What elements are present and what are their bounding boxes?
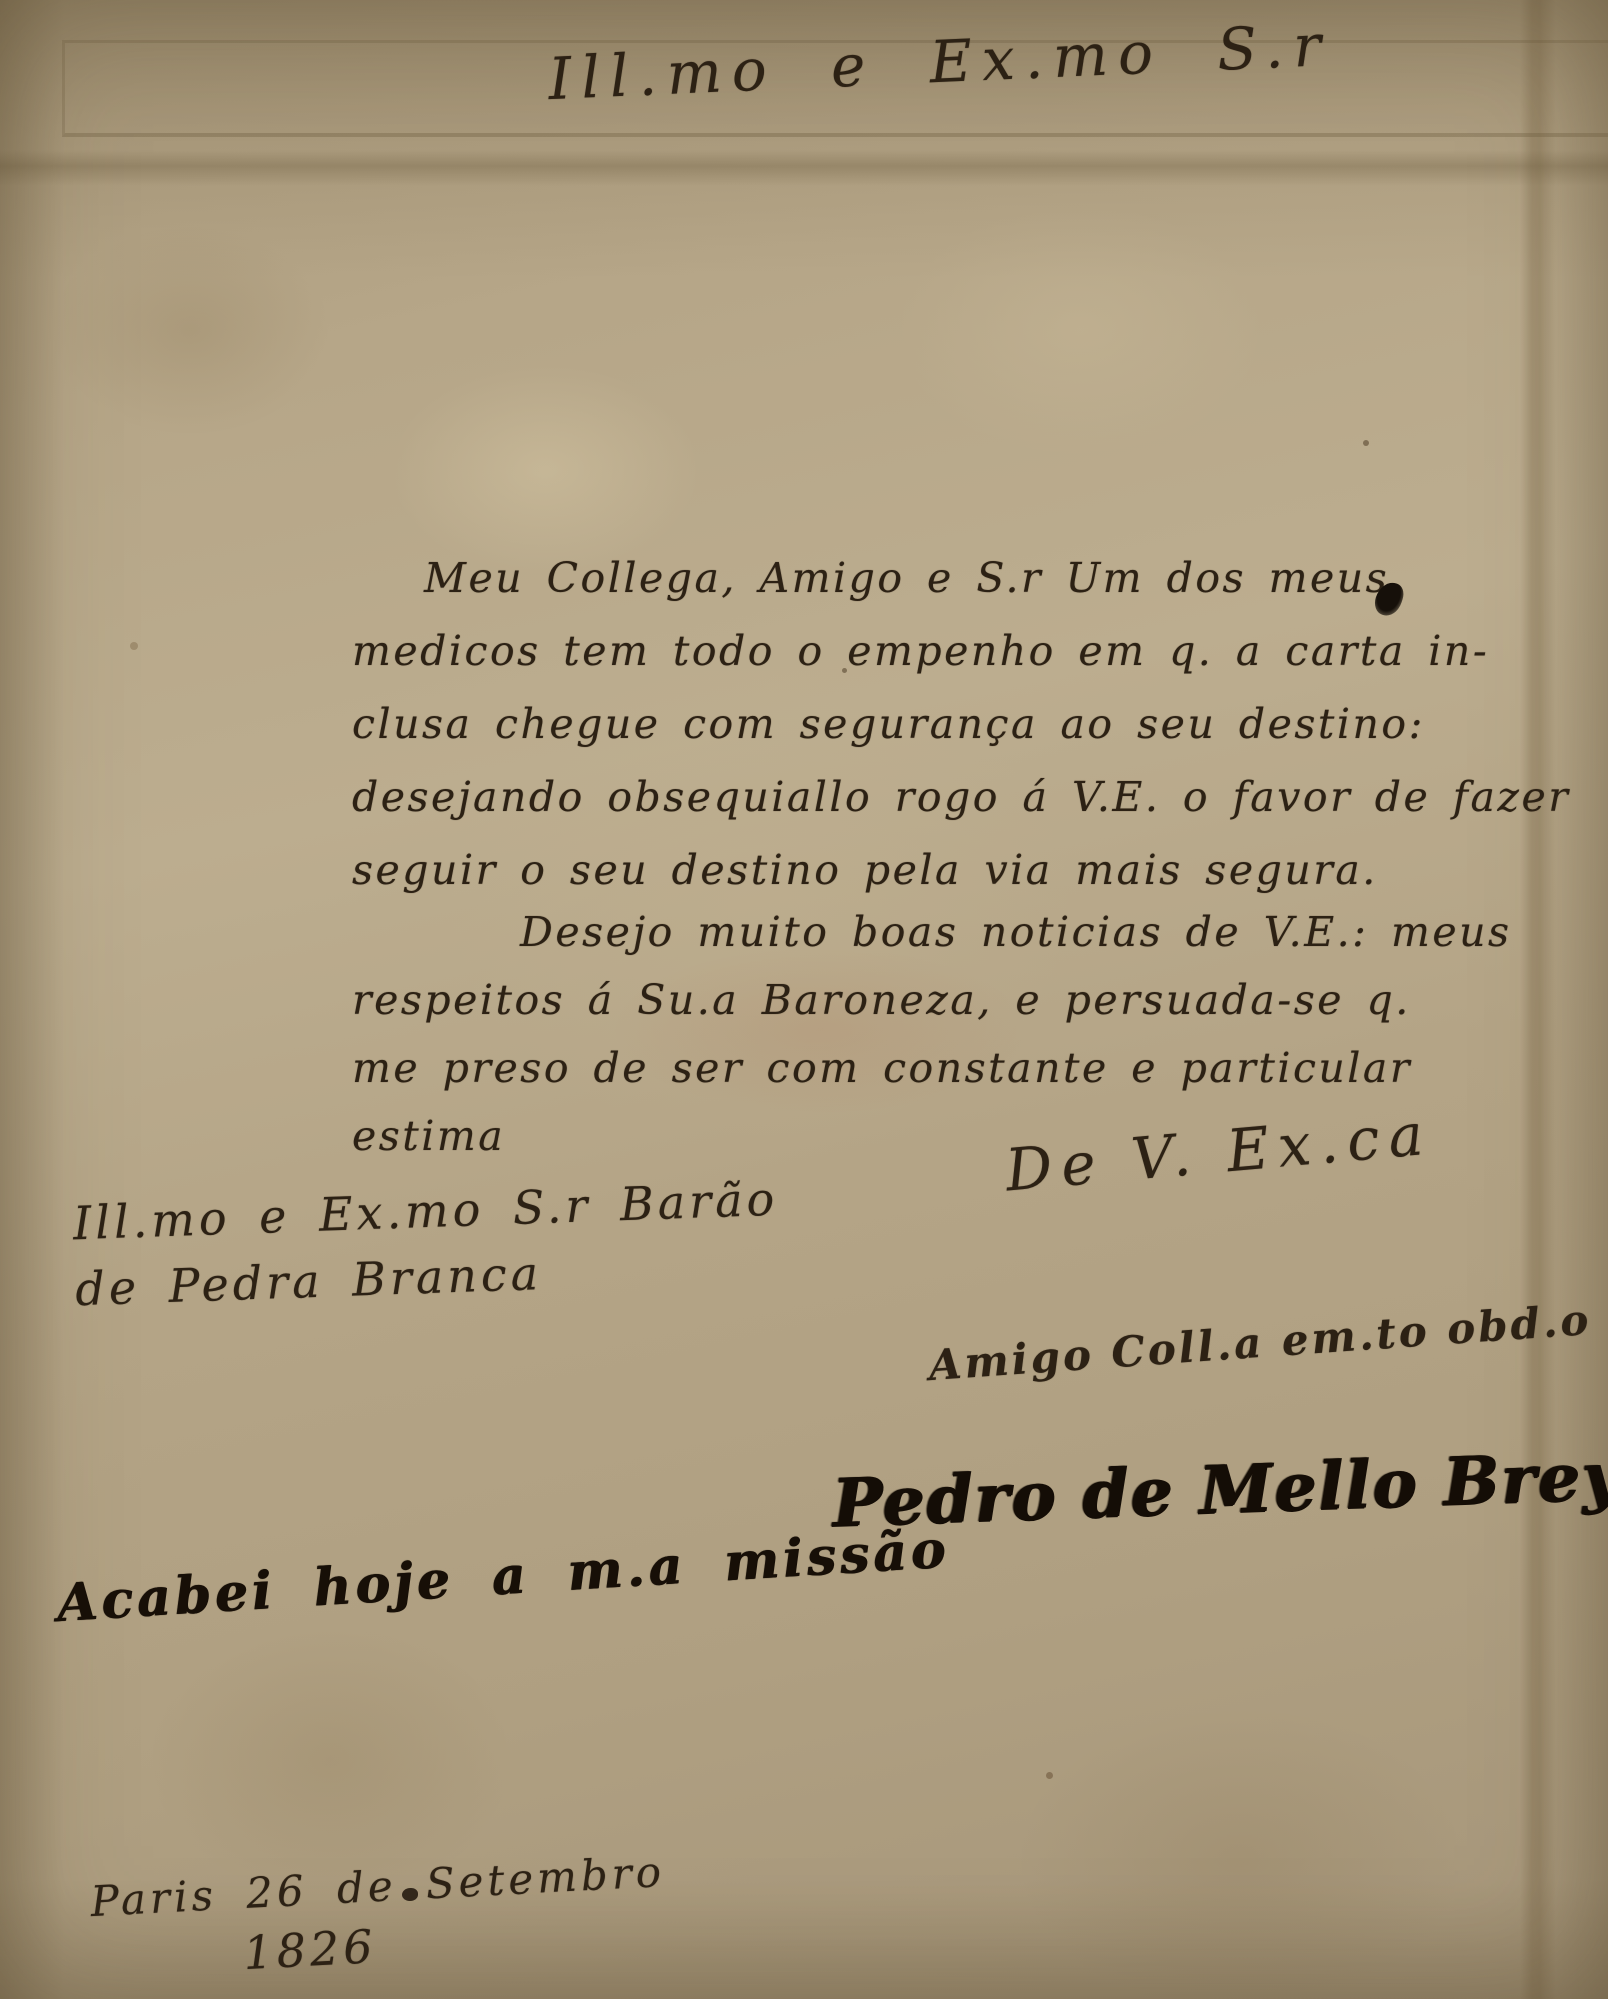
paper-speck	[1046, 1772, 1053, 1779]
body-line: medicos tem todo o empenho em q. a carta…	[352, 615, 1570, 688]
body-line: desejando obsequiallo rogo á V.E. o favo…	[352, 761, 1570, 834]
ink-dot	[402, 1888, 418, 1901]
body-line: Desejo muito boas noticias de V.E.: meus	[352, 898, 1512, 966]
body-line: seguir o seu destino pela via mais segur…	[352, 834, 1570, 907]
paper-speck	[130, 642, 138, 650]
letter-page: Ill.mo e Ex.mo S.r Meu Collega, Amigo e …	[0, 0, 1608, 1999]
annotation-note: Acabei hoje a m.a missão	[55, 1519, 951, 1634]
signoff: Amigo Coll.a em.to obd.o	[927, 1295, 1593, 1390]
dateline-block: Paris 26 de Setembro 1826	[89, 1847, 670, 1996]
addressee-block: Ill.mo e Ex.mo S.r Barão de Pedra Branca	[72, 1166, 782, 1323]
paper-speck	[842, 668, 847, 673]
paper-speck	[1363, 440, 1369, 446]
body-line: respeitos á Su.a Baroneza, e persuada-se…	[352, 966, 1512, 1034]
body-line: me preso de ser com constante e particul…	[352, 1034, 1512, 1102]
body-line: clusa chegue com segurança ao seu destin…	[352, 688, 1570, 761]
